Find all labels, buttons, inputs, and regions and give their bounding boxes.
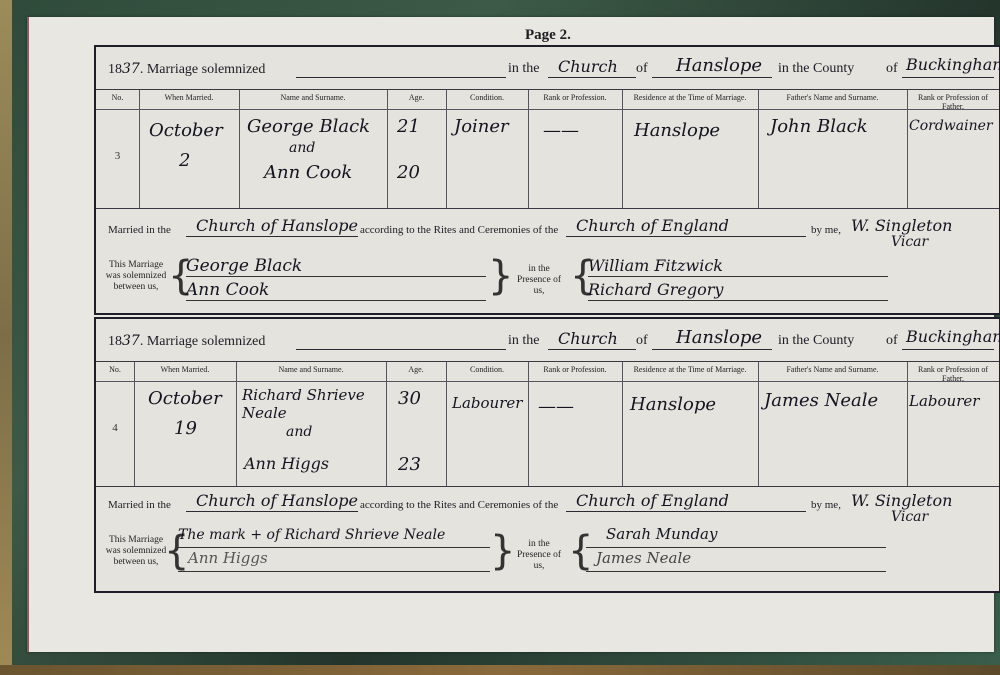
witness-signature: Richard Gregory bbox=[588, 280, 723, 299]
entry-table: No.3 When Married.October2 Name and Surn… bbox=[96, 89, 999, 209]
building: Church bbox=[558, 329, 618, 348]
year: 1837. Marriage solemnized bbox=[108, 333, 265, 350]
year: 1837. Marriage solemnized bbox=[108, 61, 265, 78]
signatures-row: This Marriage was solemnized between us,… bbox=[96, 517, 999, 587]
witness-signature: William Fitzwick bbox=[588, 256, 723, 275]
witness-signature: Sarah Munday bbox=[606, 525, 717, 543]
entry-title-row: 1837. Marriage solemnized in the Church … bbox=[96, 319, 999, 361]
parish: Hanslope bbox=[676, 55, 762, 76]
county: Buckingham bbox=[906, 55, 1000, 74]
page-number: Page 2. bbox=[525, 27, 571, 44]
spouse-signature: The mark + of Richard Shrieve Neale bbox=[178, 527, 445, 543]
county: Buckingham bbox=[906, 327, 1000, 346]
spouse-signature: George Black bbox=[186, 256, 302, 276]
signatures-row: This Marriage was solemnized between us,… bbox=[96, 242, 999, 310]
building: Church bbox=[558, 57, 618, 76]
entry-title-row: 1837. Marriage solemnized in the Church … bbox=[96, 47, 999, 89]
entry-table: No.4 When Married.October19 Name and Sur… bbox=[96, 361, 999, 487]
entry-no: 4 bbox=[96, 422, 134, 434]
frame-left-edge bbox=[0, 0, 12, 675]
entry-no: 3 bbox=[96, 150, 139, 162]
spouse-signature: Ann Higgs bbox=[188, 549, 268, 567]
frame-bottom-edge bbox=[0, 665, 1000, 675]
witness-signature: James Neale bbox=[596, 549, 691, 567]
marriage-entry: 1837. Marriage solemnized in the Church … bbox=[94, 317, 1000, 593]
parish: Hanslope bbox=[676, 327, 762, 348]
marriage-entry: 1837. Marriage solemnized in the Church … bbox=[94, 45, 1000, 315]
married-in-row: Married in the Church of Hanslope accord… bbox=[96, 487, 999, 517]
spouse-signature: Ann Cook bbox=[186, 280, 269, 300]
register-page: Page 2. 1837. Marriage solemnized in the… bbox=[27, 17, 994, 652]
married-in-row: Married in the Church of Hanslope accord… bbox=[96, 212, 999, 242]
